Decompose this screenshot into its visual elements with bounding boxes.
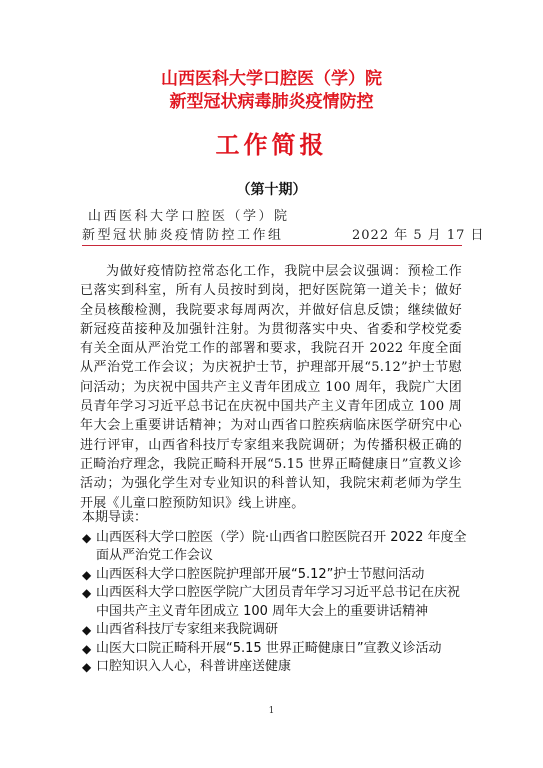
guide-item: ◆山西省科技厅专家组来我院调研 <box>82 621 472 640</box>
header-divider <box>82 245 462 246</box>
page-number: 1 <box>0 706 543 716</box>
guide-item: ◆山西医科大学口腔医院护理部开展“5.12”护士节慰问活动 <box>82 566 472 585</box>
diamond-bullet-icon: ◆ <box>82 584 91 603</box>
guide-heading: 本期导读： <box>82 509 472 528</box>
issuer-line1: 山西医科大学口腔医（学）院 <box>88 208 290 225</box>
guide-item: ◆山西医科大学口腔医学院广大团员青年学习习近平总书记在庆祝中国共产主义青年团成立… <box>82 584 472 621</box>
diamond-bullet-icon: ◆ <box>82 640 91 659</box>
org-title-line2: 新型冠状病毒肺炎疫情防控 <box>0 91 543 113</box>
guide-item-text: 山西医科大学口腔医学院广大团员青年学习习近平总书记在庆祝中国共产主义青年团成立 … <box>96 585 460 619</box>
issue-number: （第十期） <box>0 181 543 199</box>
guide-item-text: 山西省科技厅专家组来我院调研 <box>96 622 278 637</box>
body-paragraph: 为做好疫情防控常态化工作，我院中层会议强调：预检工作已落实到科室，所有人员按时到… <box>80 262 462 513</box>
org-title-line1: 山西医科大学口腔医（学）院 <box>0 68 543 90</box>
guide-item: ◆口腔知识入人心，科普讲座送健康 <box>82 658 472 677</box>
guide-item: ◆山医大口院正畸科开展“5.15 世界正畸健康日”宣教义诊活动 <box>82 640 472 659</box>
diamond-bullet-icon: ◆ <box>82 621 91 640</box>
diamond-bullet-icon: ◆ <box>82 529 91 548</box>
issue-date: 2022 年 5 月 17 日 <box>352 227 485 244</box>
guide-item-text: 山医大口院正畸科开展“5.15 世界正畸健康日”宣教义诊活动 <box>96 641 442 656</box>
guide-section: 本期导读： ◆山西医科大学口腔医（学）院·山西省口腔医院召开 2022 年度全面… <box>82 509 472 677</box>
guide-item-text: 山西医科大学口腔医（学）院·山西省口腔医院召开 2022 年度全面从严治党工作会… <box>96 530 466 564</box>
diamond-bullet-icon: ◆ <box>82 658 91 677</box>
guide-item: ◆山西医科大学口腔医（学）院·山西省口腔医院召开 2022 年度全面从严治党工作… <box>82 529 472 566</box>
guide-item-text: 山西医科大学口腔医院护理部开展“5.12”护士节慰问活动 <box>96 567 424 582</box>
brief-title: 工作简报 <box>0 130 543 160</box>
issuer-line2: 新型冠状肺炎疫情防控工作组 <box>82 227 284 244</box>
guide-item-text: 口腔知识入人心，科普讲座送健康 <box>96 659 291 674</box>
diamond-bullet-icon: ◆ <box>82 566 91 585</box>
